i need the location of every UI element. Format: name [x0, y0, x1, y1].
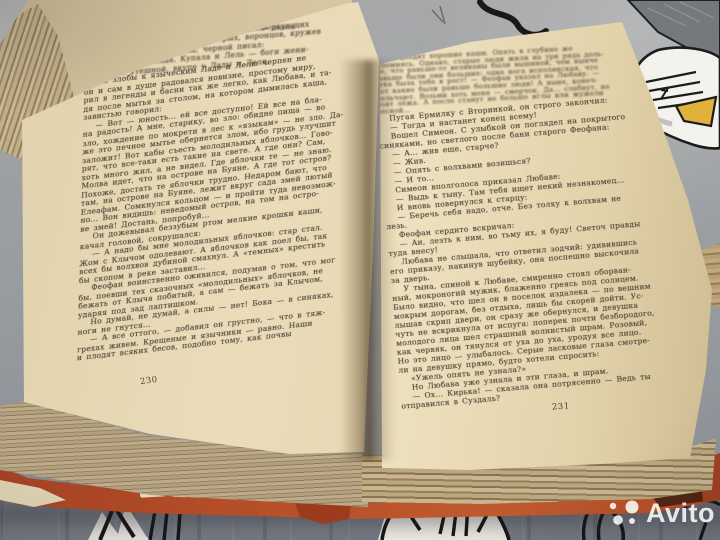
text-line: — И то... [382, 152, 696, 187]
text-line: Но Любава уже узнала и эти глаза, и шрам… [400, 358, 714, 393]
avito-watermark: Avito [606, 497, 715, 529]
text-line: Пугая Ермилку с Вторинкой, он строго зак… [377, 89, 691, 124]
text-line: синяками, но светлого после бани старого… [379, 116, 693, 151]
avito-watermark-text: Avito [646, 500, 715, 527]
left-page-number: 230 [139, 375, 158, 387]
text-line: Вошел Симеон. С улыбкой он поглядел на п… [378, 107, 692, 142]
text-line: Феофан сердито вскричал: [387, 205, 701, 240]
text-line: туда внесу! [388, 223, 702, 258]
text-line: ли на девушку прямо, будто хотели спроси… [398, 340, 712, 375]
text-line: чуть не вскрикнула от испуга: поперек по… [395, 304, 709, 339]
text-line: отправился в Суздаль? [401, 376, 715, 411]
photo-open-book: «Ворчат в сторону с попни и весел, и зол… [0, 0, 720, 540]
text-line: — Выдь к тыну. Там тебя ищет некий незна… [384, 170, 698, 205]
text-line: за дверь. [391, 250, 705, 285]
text-line: мокрым дорогам, без отдыха, лишь бы скор… [394, 286, 708, 321]
text-line: — Тогда и настанет конец всему! [378, 98, 692, 133]
text-line: как червяк, он тянулся от уха до уха, ур… [397, 322, 711, 357]
text-line: роят лёжа. А после станут не больше иглы… [376, 86, 690, 109]
avito-logo-dots-icon [606, 497, 642, 529]
text-line: Было видно, что шел он в поселок издалек… [393, 277, 707, 312]
text-line: лесной... [377, 92, 691, 115]
text-line: — Опять с волхвами возишься? [381, 143, 695, 178]
text-line: — Ох... Кирька! — сказала она потрясенно… [400, 367, 714, 402]
text-line: его приказу, накинув шубейку, она поспеш… [390, 241, 704, 276]
text-line: — А... жив еще, старче? [380, 125, 694, 160]
text-line: молодого лица шел страшный волнистый шра… [396, 313, 710, 348]
text-line: «Ужель опять не узнала?» [399, 349, 713, 384]
text-line: мельчают. Возьми хоть меня — смерчок. Да… [375, 79, 689, 102]
gutter-shadow [340, 60, 396, 460]
text-line: — Ан, лезть к ним, во тьму их, я буду! С… [388, 214, 702, 249]
text-line: И вновь повернулся к старцу: [384, 179, 698, 214]
text-line: Но это лицо — улыбалось. Серые ласковые … [397, 331, 711, 366]
right-page-number: 231 [552, 401, 570, 412]
text-line: — Жив. [381, 134, 695, 169]
text-line: Симеон вполголоса приказал Любаве: [383, 161, 697, 196]
text-line: Вот какие были раньше большие люди! А ны… [375, 72, 689, 95]
text-line: лезь. [386, 196, 700, 231]
text-line: У тына, спиной к Любаве, смиренно стоял … [391, 259, 705, 294]
text-line: Любава не слышала, что ответил зодчий: у… [389, 232, 703, 267]
text-line: ный, мокроногий мужик, блаженно греясь п… [392, 268, 706, 303]
text-line: лышав скрип двери, он сразу же обернулся… [394, 295, 708, 330]
text-line: — Беречь себя надо, отче. Без толку к во… [385, 188, 699, 223]
